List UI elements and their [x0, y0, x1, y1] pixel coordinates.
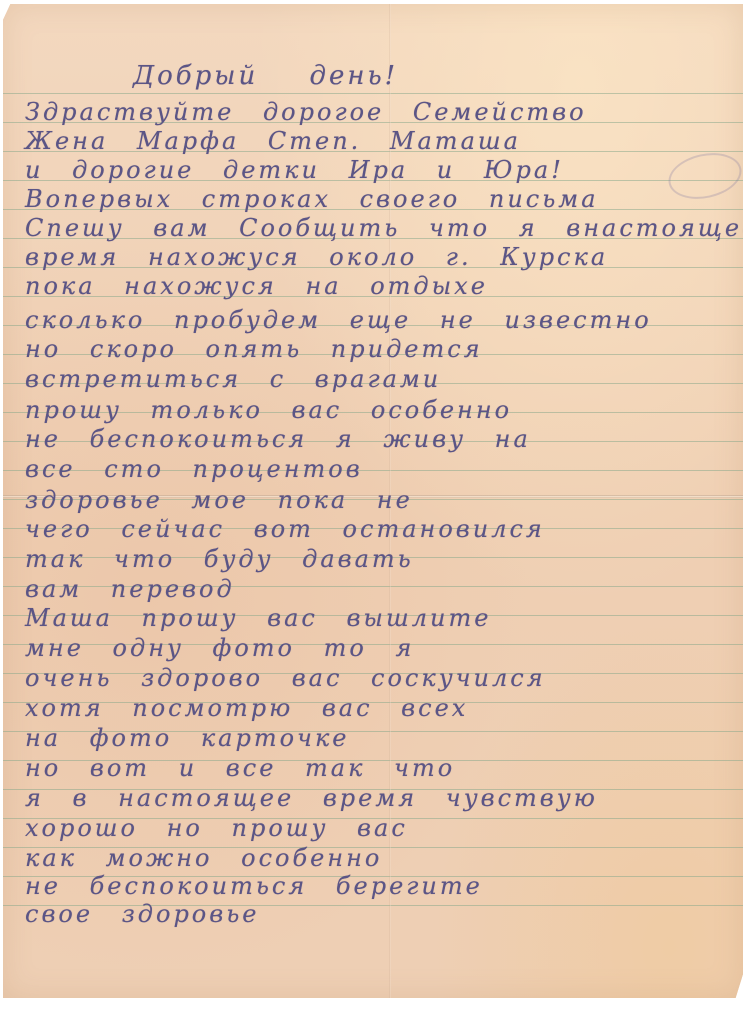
- letter-line: свое здоровье: [25, 900, 733, 928]
- letter-line: время нахожуся около г. Курска: [25, 243, 733, 271]
- letter-line: мне одну фото то я: [25, 634, 733, 662]
- letter-line: встретиться с врагами: [25, 365, 733, 393]
- letter-line: Спешу вам Сообщить что я внастоящее: [25, 214, 733, 242]
- letter-line: пока нахожуся на отдыхе: [25, 272, 733, 300]
- letter-line: как можно особенно: [25, 844, 733, 872]
- letter-line: сколько пробудем еще не известно: [25, 306, 733, 334]
- letter-line: Вопервых строках своего письма: [25, 185, 733, 213]
- letter-line: не беспокоиться берегите: [25, 872, 733, 900]
- letter-line: так что буду давать: [25, 545, 733, 573]
- letter-line: на фото карточке: [25, 724, 733, 752]
- letter-line: но скоро опять придется: [25, 335, 733, 363]
- letter-line: хотя посмотрю вас всех: [25, 694, 733, 722]
- letter-line: чего сейчас вот остановился: [25, 515, 733, 543]
- letter-line: очень здорово вас соскучился: [25, 664, 733, 692]
- letter-paper: Добрый день! Здраствуйте дорогое Семейст…: [3, 4, 743, 998]
- letter-line: но вот и все так что: [25, 754, 733, 782]
- letter-line: прошу только вас особенно: [25, 396, 733, 424]
- letter-line: не беспокоиться я живу на: [25, 425, 733, 453]
- letter-line: вам перевод: [25, 575, 733, 603]
- letter-line: и дорогие детки Ира и Юра!: [25, 156, 733, 184]
- letter-line: Маша прошу вас вышлите: [25, 604, 733, 632]
- letter-line: Жена Марфа Степ. Маташа: [25, 127, 733, 155]
- letter-line: я в настоящее время чувствую: [25, 784, 733, 812]
- letter-line: здоровье мое пока не: [25, 486, 733, 514]
- letter-greeting: Добрый день!: [133, 62, 733, 90]
- letter-line: хорошо но прошу вас: [25, 814, 733, 842]
- letter-line: Здраствуйте дорогое Семейство: [25, 98, 733, 126]
- letter-line: все сто процентов: [25, 455, 733, 483]
- letter-body: Добрый день! Здраствуйте дорогое Семейст…: [3, 4, 743, 998]
